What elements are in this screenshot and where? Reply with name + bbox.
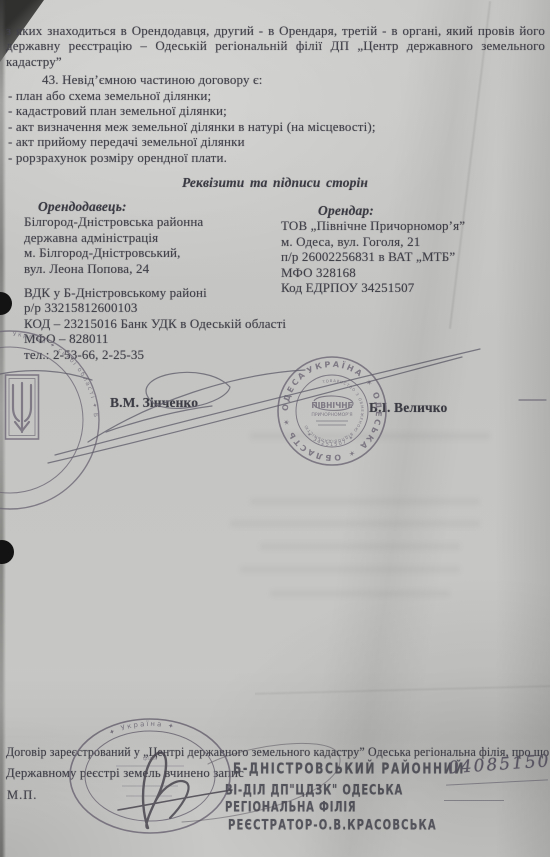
bleed-through-smudge (240, 566, 460, 573)
bottom-stamp-arc-text: ✦ Україна ✦ (108, 720, 177, 737)
lessee-details: Орендар: ТОВ „Північне Причорномор’я” м.… (281, 203, 465, 295)
list-item: - план або схема земельної ділянки; (8, 88, 376, 103)
lessor-title: Орендодавець: (24, 199, 286, 214)
paragraph-line: державну реєстрацію – Одеській регіональ… (6, 38, 545, 53)
paper-crease (255, 684, 550, 696)
underline (444, 800, 504, 801)
underline (446, 779, 548, 786)
attachments-list: - план або схема земельної ділянки; - ка… (8, 88, 376, 165)
registry-stamp-line1: Б-ДНІСТРОВСЬКИЙ РАЙОННИЙ (233, 760, 465, 778)
paragraph-line: з яких знаходиться в Орендодавця, другий… (6, 23, 545, 38)
list-item: - рорзрахунок розміру орендної плати. (8, 150, 376, 165)
lessee-line: МФО 328168 (281, 265, 465, 280)
bleed-through-smudge (260, 543, 460, 550)
intro-paragraph: з яких знаходиться в Орендодавця, другий… (6, 23, 545, 69)
lessee-line: п/р 26002256831 в ВАТ „МТБ” (281, 249, 465, 264)
list-item: - акт прийому передачі земельної ділянки (8, 134, 376, 149)
list-item: - кадастровий план земельної ділянки; (8, 103, 376, 118)
lessor-address-line: Білгород-Дністровська районна (24, 214, 286, 229)
lessor-bank-line: КОД – 23215016 Банк УДК в Одеській облас… (24, 316, 286, 331)
scanned-document-page: з яких знаходиться в Орендодавця, другий… (0, 0, 550, 857)
signature-strokes (0, 330, 550, 510)
lessor-bank-line: ВДК у Б-Дністровському районі (24, 285, 286, 300)
lessor-bank-line: р/р 33215812600103 (24, 300, 286, 315)
registry-stamp-line4: РЕЄСТРАТОР-О.В.КРАСОВСЬКА (228, 816, 437, 833)
bleed-through-smudge (230, 520, 480, 527)
registrar-round-stamp: ✦ Україна ✦ філія (52, 708, 252, 848)
seal-place-label: М.П. (7, 788, 37, 803)
lessee-line: м. Одеса, вул. Гоголя, 21 (281, 234, 465, 249)
lessor-address-line: державна адміністрація (24, 230, 286, 245)
bleed-through-smudge (270, 590, 450, 597)
hole-punch-icon (0, 540, 14, 564)
clause-43: 43. Невід’ємною частиною договору є: (6, 72, 263, 87)
paragraph-line: кадастру” (6, 54, 545, 69)
svg-text:✦ Україна ✦: ✦ Україна ✦ (108, 720, 177, 737)
lessor-address-line: вул. Леона Попова, 24 (24, 261, 286, 276)
lessee-line: ТОВ „Північне Причорномор’я” (281, 218, 465, 233)
list-item: - акт визначення меж земельної ділянки в… (8, 119, 376, 134)
section-heading: Реквізити та підписи сторін (0, 175, 550, 190)
lessor-address-line: м. Білгород-Дністровський, (24, 245, 286, 260)
lessee-line: Код ЕДРПОУ 34251507 (281, 280, 465, 295)
hole-punch-icon (0, 292, 12, 315)
lessee-title: Орендар: (281, 203, 411, 218)
